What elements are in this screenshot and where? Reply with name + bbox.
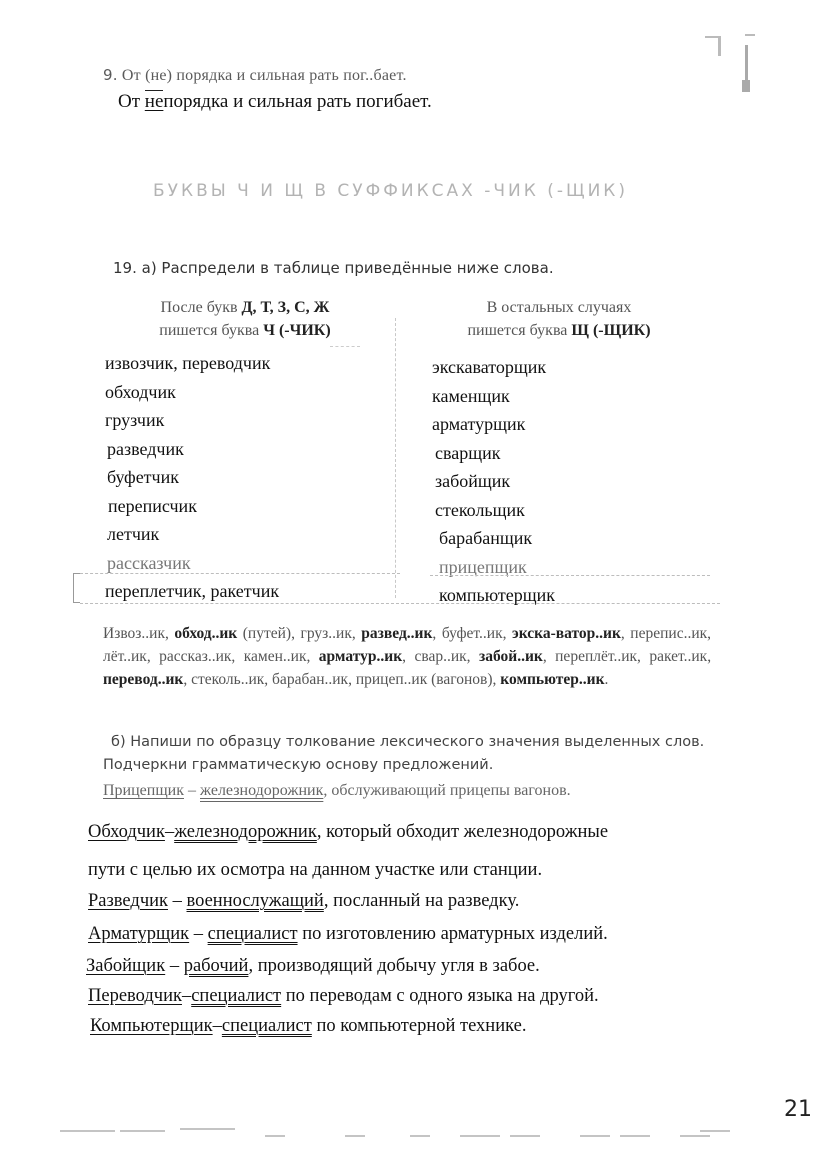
highlighted-word: развед..ик <box>361 625 432 642</box>
answer-line: пути с целью их осмотра на данном участк… <box>88 860 542 881</box>
word-text: , <box>467 648 479 665</box>
answer-subject: Компьютерщик <box>90 1016 213 1036</box>
answer-predicate: железнодорожник <box>174 822 317 842</box>
word-text: свар..ик <box>414 648 466 665</box>
answer-dash: – <box>168 891 187 911</box>
table-left-word: обходчик <box>105 378 279 407</box>
exercise-word-list: Извоз..ик, обход..ик (путей), груз..ик, … <box>103 622 711 691</box>
answer-line: Компьютерщик–специалист по компьютерной … <box>90 1016 526 1037</box>
word-text: , <box>264 671 272 688</box>
word-text: (путей), <box>237 625 300 642</box>
dashed-rule <box>80 603 720 604</box>
sample-dash: – <box>184 782 200 799</box>
sample-predicate: железнодорожник <box>200 782 323 799</box>
page-number: 21 <box>784 1097 812 1122</box>
word-text: ракет..ик <box>649 648 707 665</box>
table-left-word: переплетчик, ракетчик <box>105 577 279 606</box>
answer-line: Арматурщик – специалист по изготовлению … <box>88 924 608 945</box>
scan-artifact <box>410 1135 430 1137</box>
scan-artifact <box>700 1130 730 1132</box>
scan-artifact <box>718 36 721 56</box>
task-9-number: 9. <box>103 66 118 84</box>
highlighted-word: арматур..ик <box>319 648 402 665</box>
table-right-word: стекольщик <box>432 496 555 525</box>
answer-rest: по изготовлению арматурных изделий. <box>298 924 608 944</box>
answer-subject: Обходчик <box>88 822 165 842</box>
answer-rest: , который обходит железнодорожные <box>317 822 608 842</box>
word-text: , <box>348 671 356 688</box>
answer-rest: пути с целью их осмотра на данном участк… <box>88 860 542 880</box>
sample-rest: , обслуживающий прицепы вагонов. <box>323 782 570 799</box>
scan-artifact <box>580 1135 610 1137</box>
scan-artifact <box>60 1130 115 1132</box>
answer-rest: порядка и сильная рать погибает. <box>163 91 431 112</box>
answer-prefix: От <box>118 91 145 112</box>
answer-line: Забойщик – рабочий, производящий добычу … <box>86 956 540 977</box>
table-right-word: забойщик <box>432 467 555 496</box>
task-9-answer: От непорядка и сильная рать погибает. <box>118 91 432 113</box>
dashed-rule <box>430 575 710 576</box>
table-right-word: компьютерщик <box>432 581 555 610</box>
scan-artifact <box>345 1135 365 1137</box>
answer-line: Переводчик–специалист по переводам с одн… <box>88 986 599 1007</box>
scan-artifact <box>510 1135 540 1137</box>
word-text: , <box>637 648 649 665</box>
scan-artifact <box>620 1135 650 1137</box>
word-text: , <box>503 625 512 642</box>
task-19a-instruction: 19. а) Распредели в таблице приведённые … <box>113 259 554 277</box>
word-text: перепис..ик <box>630 625 707 642</box>
word-text: , <box>707 648 711 665</box>
header-suffix: Ч (-ЧИК) <box>263 322 331 339</box>
word-text: , <box>306 648 318 665</box>
dashed-rule <box>80 573 400 574</box>
answer-ne-particle: не <box>145 90 164 112</box>
table-right-word: арматурщик <box>432 410 555 439</box>
answer-dash: – <box>213 1016 222 1036</box>
task-9-question: 9. От (не) порядка и сильная рать пог..б… <box>103 66 407 85</box>
word-text: , <box>165 625 174 642</box>
answer-subject: Арматурщик <box>88 924 189 944</box>
highlighted-word: перевод..ик <box>103 671 183 688</box>
section-heading: БУКВЫ Ч И Щ В СУФФИКСАХ -ЧИК (-ЩИК) <box>153 181 628 201</box>
word-text: Извоз..ик <box>103 625 165 642</box>
scan-artifact <box>460 1135 500 1137</box>
scan-artifact <box>120 1130 165 1132</box>
header-letters: Д, Т, З, С, Ж <box>242 299 330 316</box>
word-text: (вагонов), <box>427 671 500 688</box>
dashed-rule <box>330 346 360 347</box>
answer-subject: Переводчик <box>88 986 182 1006</box>
word-text: , <box>402 648 414 665</box>
word-text: барабан..ик <box>272 671 348 688</box>
answer-rest: , посланный на разведку. <box>324 891 520 911</box>
word-text: , <box>231 648 243 665</box>
table-left-column: извозчик, переводчикобходчикгрузчикразве… <box>105 349 279 606</box>
word-text: , <box>621 625 630 642</box>
task-19b-instruction: б) Напиши по образцу толкование лексичес… <box>103 731 713 777</box>
answer-predicate: специалист <box>191 986 281 1006</box>
table-right-word: сварщик <box>432 439 555 468</box>
word-text: , <box>352 625 361 642</box>
answer-rest: , производящий добычу угля в забое. <box>248 956 539 976</box>
answer-line: Обходчик–железнодорожник, который обходи… <box>88 822 608 843</box>
answer-predicate: специалист <box>208 924 298 944</box>
table-right-word: барабанщик <box>432 524 555 553</box>
table-left-word: буфетчик <box>105 463 279 492</box>
table-column-divider <box>395 318 396 598</box>
highlighted-word: обход..ик <box>174 625 237 642</box>
word-text: камен..ик <box>244 648 307 665</box>
bracket-mark <box>73 573 80 603</box>
header-text: После букв <box>161 299 242 316</box>
word-text: рассказ..ик <box>159 648 231 665</box>
table-right-word: прицепщик <box>432 553 555 582</box>
scan-artifact <box>705 36 719 38</box>
word-text: , <box>707 625 711 642</box>
word-text: груз..ик <box>301 625 352 642</box>
table-right-word: каменщик <box>432 382 555 411</box>
table-header-left: После букв Д, Т, З, С, Ж пишется буква Ч… <box>105 296 385 342</box>
word-text: переплёт..ик <box>555 648 637 665</box>
table-right-column: экскаваторщиккаменщикарматурщиксварщикза… <box>432 353 555 610</box>
word-text: , <box>183 671 191 688</box>
answer-subject: Забойщик <box>86 956 165 976</box>
instruction-text: б) Напиши по образцу толкование лексичес… <box>103 734 704 773</box>
answer-rest: по компьютерной технике. <box>312 1016 527 1036</box>
answer-subject: Разведчик <box>88 891 168 911</box>
answer-predicate: специалист <box>222 1016 312 1036</box>
table-header-right: В остальных случаях пишется буква Щ (-ЩИ… <box>420 296 698 342</box>
highlighted-word: компьютер..ик <box>500 671 604 688</box>
answer-predicate: военнослужащий <box>187 891 324 911</box>
answer-dash: – <box>165 956 184 976</box>
answer-line: Разведчик – военнослужащий, посланный на… <box>88 891 519 912</box>
word-text: , <box>543 648 555 665</box>
word-text: , <box>147 648 159 665</box>
table-left-word: летчик <box>105 520 279 549</box>
highlighted-word: экска-ватор..ик <box>512 625 621 642</box>
sample-subject: Прицепщик <box>103 782 184 799</box>
task-9-question-text: От (не) порядка и сильная рать пог..бает… <box>122 67 407 84</box>
scan-artifact <box>680 1135 710 1137</box>
table-left-word: разведчик <box>105 435 279 464</box>
highlighted-word: забой..ик <box>479 648 543 665</box>
header-suffix: Щ (-ЩИК) <box>571 322 650 339</box>
table-right-word: экскаваторщик <box>432 353 555 382</box>
word-text: лёт..ик <box>103 648 147 665</box>
answer-dash: – <box>182 986 191 1006</box>
word-text: стеколь..ик <box>191 671 264 688</box>
word-text: . <box>605 671 609 688</box>
scan-artifact <box>180 1128 235 1130</box>
table-left-word: грузчик <box>105 406 279 435</box>
answer-dash: – <box>165 822 174 842</box>
sample-definition: Прицепщик – железнодорожник, обслуживающ… <box>103 780 711 802</box>
table-left-word: переписчик <box>105 492 279 521</box>
answer-rest: по переводам с одного языка на другой. <box>281 986 598 1006</box>
header-text: В остальных случаях <box>420 296 698 319</box>
table-left-word: извозчик, переводчик <box>105 349 279 378</box>
header-text: пишется буква <box>159 322 263 339</box>
word-text: , <box>432 625 441 642</box>
scan-artifact <box>742 80 750 92</box>
answer-predicate: рабочий <box>184 956 249 976</box>
word-text: прицеп..ик <box>356 671 427 688</box>
answer-dash: – <box>189 924 208 944</box>
scan-artifact <box>745 34 755 36</box>
scan-artifact <box>265 1135 285 1137</box>
header-text: пишется буква <box>467 322 571 339</box>
word-text: буфет..ик <box>442 625 503 642</box>
